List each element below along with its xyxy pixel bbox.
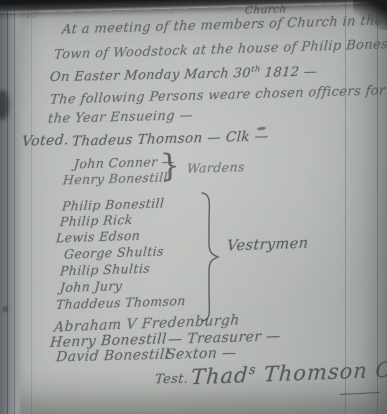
manuscript-photo: 17 Church At a meeting of the members of…: [0, 0, 387, 414]
signature-name: Thad: [190, 363, 249, 389]
header-line-4: The following Persons weare chosen offic…: [49, 83, 386, 107]
vestryman-name: Philip Bonestill: [61, 195, 164, 213]
vestryman-name: Lewis Edson: [55, 228, 140, 246]
header-line-3-text: On Easter Monday March 30: [49, 66, 251, 85]
voted-label: Voted.: [21, 132, 69, 150]
page-number: 17: [26, 11, 37, 20]
vestryman-name: John Jury: [59, 278, 122, 295]
signature-title: Thomson Clk: [255, 357, 387, 387]
warden-name: Henry Bonestill: [62, 170, 168, 188]
vestryman-name: Philip Rick: [59, 212, 133, 229]
attestation-test-label: Test.: [154, 372, 189, 388]
signature-underline: [340, 392, 380, 395]
vestryman-name: Thaddeus Thomson: [55, 293, 186, 312]
officer-title: Sexton —: [165, 345, 237, 363]
officer-name: David Bonestill: [55, 347, 170, 366]
clerk-signature: Thads Thomson Clk: [190, 357, 387, 390]
handwriting-layer: 17 Church At a meeting of the members of…: [0, 0, 387, 414]
header-line-2: Town of Woodstock at the house of Philip…: [54, 36, 387, 62]
vestryman-name: George Shultis: [63, 243, 164, 261]
inserted-word: Church: [245, 3, 287, 16]
vestryman-name: Philip Shultis: [59, 261, 150, 279]
wardens-brace: }: [159, 148, 180, 185]
vestrymen-brace: [197, 190, 223, 324]
header-line-1: At a meeting of the members of Church in…: [61, 14, 383, 38]
wardens-label: Wardens: [186, 159, 245, 176]
vestrymen-label: Vestrymen: [226, 236, 308, 255]
header-line-3-year: 1812 —: [260, 65, 318, 81]
clerk-entry: Thadeus Thomson — Clk —: [71, 128, 269, 149]
header-line-3: On Easter Monday March 30th 1812 —: [49, 63, 318, 85]
header-line-5: the Year Ensueing —: [47, 108, 193, 127]
